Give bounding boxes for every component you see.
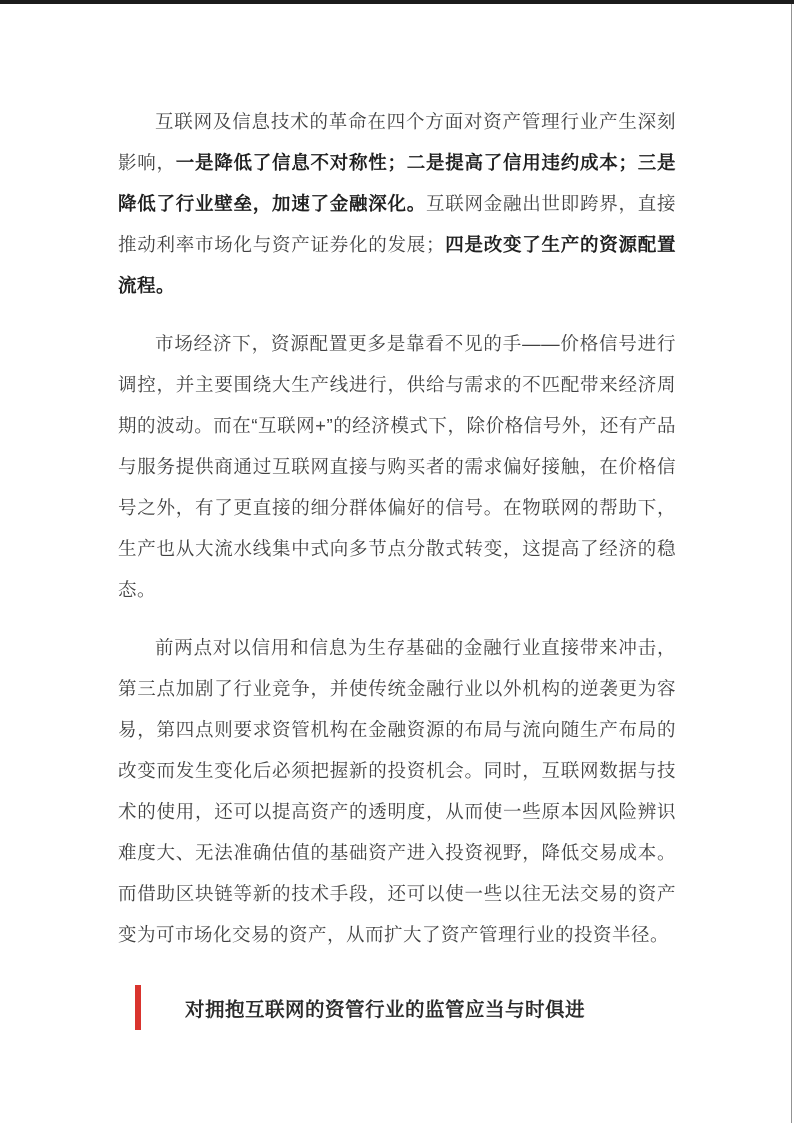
body-paragraph: 市场经济下，资源配置更多是靠看不见的手——价格信号进行调控，并主要围绕大生产线进… xyxy=(118,323,676,610)
section-heading: 对拥抱互联网的资管行业的监管应当与时俱进 xyxy=(185,994,585,1022)
body-paragraph: 互联网及信息技术的革命在四个方面对资产管理行业产生深刻影响，一是降低了信息不对称… xyxy=(118,101,676,306)
paragraphs: 互联网及信息技术的革命在四个方面对资产管理行业产生深刻影响，一是降低了信息不对称… xyxy=(118,101,676,955)
document-content: 互联网及信息技术的革命在四个方面对资产管理行业产生深刻影响，一是降低了信息不对称… xyxy=(118,0,676,1030)
section-heading-block: 对拥抱互联网的资管行业的监管应当与时俱进 xyxy=(135,985,676,1030)
body-paragraph: 前两点对以信用和信息为生存基础的金融行业直接带来冲击，第三点加剧了行业竞争，并使… xyxy=(118,627,676,955)
page-edge-line xyxy=(791,0,792,1123)
text-run: 前两点对以信用和信息为生存基础的金融行业直接带来冲击，第三点加剧了行业竞争，并使… xyxy=(118,637,676,945)
top-border xyxy=(0,0,794,4)
text-run: 市场经济下，资源配置更多是靠看不见的手——价格信号进行调控，并主要围绕大生产线进… xyxy=(118,333,676,600)
document-page: 互联网及信息技术的革命在四个方面对资产管理行业产生深刻影响，一是降低了信息不对称… xyxy=(0,0,794,1123)
heading-accent-bar xyxy=(135,985,141,1030)
